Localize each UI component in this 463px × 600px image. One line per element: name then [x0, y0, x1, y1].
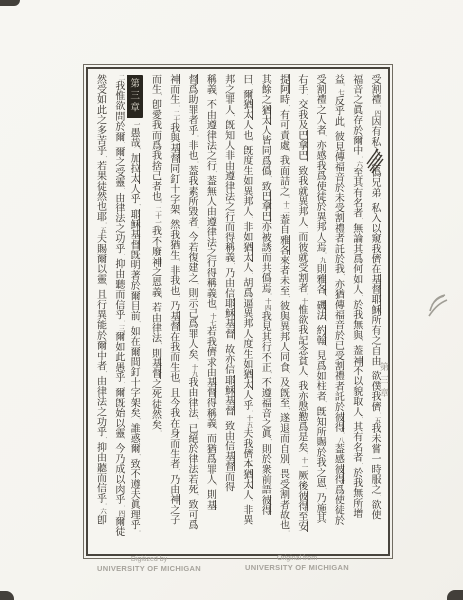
text-run: 其有名者 — [351, 422, 362, 463]
text-run: 乃 — [168, 301, 179, 311]
text-run: 彼見傳福音於未受割禮者託於我 — [332, 131, 343, 274]
proper-noun-run: 耶穌基督 — [223, 375, 235, 416]
text-run: 非異 — [241, 505, 252, 525]
proper-noun-run: 基督 — [204, 377, 216, 397]
text-run: 而得 — [223, 471, 234, 491]
punctuation-mark: 、 — [296, 227, 310, 232]
proper-noun-run: 基督 — [168, 143, 180, 163]
text-run: 致不遵夫眞理乎 — [128, 459, 139, 530]
ink-mark — [366, 146, 384, 174]
punctuation-mark: 、 — [277, 150, 291, 155]
punctuation-mark: 、 — [94, 437, 108, 442]
text-run: 卽愛我而爲我捨己者也 — [149, 99, 160, 201]
punctuation-mark: 、 — [167, 260, 181, 265]
text-run: 之恩義 — [149, 267, 160, 298]
punctuation-mark: 、 — [369, 495, 383, 500]
proper-noun-run: 耶穌基督 — [128, 209, 140, 250]
punctuation-mark: 、 — [113, 142, 127, 147]
proper-noun-run: 基 — [204, 500, 216, 510]
text-run: 且行異能於爾中者 — [95, 289, 106, 371]
punctuation-mark: 、 — [332, 126, 346, 131]
text-run: 福音之眞存於爾中 — [351, 74, 362, 156]
text-run: 至其有名者 — [351, 167, 362, 218]
proper-noun-run: 巴拿巴 — [259, 191, 271, 222]
text-run: 亦感我爲使徒於異邦人焉 — [314, 140, 325, 252]
text-run: 於我無所增 — [351, 468, 362, 519]
text-run: 曰 — [241, 74, 252, 84]
verse-number: 十九 — [184, 364, 200, 377]
text-run: 然我猶生 — [168, 219, 179, 260]
text-run: 之死徒然矣 — [149, 379, 160, 430]
text-run: 則 — [149, 348, 160, 358]
proper-noun-run: 耶穌基督 — [223, 298, 235, 339]
text-run: 惟欲我記念貧人 — [296, 305, 307, 376]
text-run: 我亦慇懃爲是矣 — [296, 381, 307, 452]
punctuation-mark: 、 — [222, 415, 236, 420]
text-run: 若我儕求由 — [204, 326, 215, 377]
text-column: 而生、卽愛我而爲我捨己者也。二十一我不廢神之恩義、若由律法、則基督之死徒然矣。 — [145, 74, 163, 548]
text-column: 提阿時、有可責處、我面詰之。十二葢自雅各來者未至、彼與異邦人同食、及旣至、遂退而… — [273, 74, 291, 548]
text-run: 而生 — [149, 74, 160, 94]
digitized-by-stamp: Digitized by UNIVERSITY OF MICHIGAN — [78, 556, 220, 573]
proper-noun-run: 提阿 — [278, 74, 290, 94]
text-run: 不遵福音之眞 — [259, 377, 270, 438]
text-column: 受割禮之人者、亦感我爲使徒於異邦人焉。九則雅各、磯法、約翰、見爲如柱者、旣知所賜… — [310, 74, 328, 548]
text-run: 故亦信 — [223, 344, 234, 375]
proper-noun-run: 安 — [296, 521, 308, 531]
verse-number: 七 — [331, 89, 347, 96]
punctuation-mark: 、 — [149, 94, 163, 99]
text-run: 由律法之功乎 — [95, 376, 106, 437]
text-run: 同釘十字架 — [168, 163, 179, 214]
text-run: 而生 — [168, 84, 179, 104]
scan-corner-smudge — [0, 591, 14, 600]
punctuation-mark: 、 — [167, 469, 181, 474]
text-columns: 受割禮。四因有私入之僞兄弟、私入以窺我儕在基督耶穌所有之自由、欲僕我儕。五我未嘗… — [90, 74, 383, 548]
text-run: 遂退而自別 — [278, 413, 289, 464]
text-run: 我見其行不正 — [259, 311, 270, 372]
punctuation-mark: 、 — [314, 345, 328, 350]
text-run: 乃由 — [168, 474, 179, 494]
proper-noun-run: 雅各 — [278, 235, 290, 255]
proper-noun-run: 猶太 — [241, 242, 253, 262]
text-run: 至 — [296, 511, 307, 521]
proper-noun-run: 彼得 — [332, 412, 344, 432]
punctuation-mark: 、 — [167, 296, 181, 301]
text-run: 之子 — [168, 505, 179, 525]
text-run: 今乃成以肉乎 — [113, 443, 124, 504]
text-column: 邦之罪人、旣知人非由遵律法之行而得稱義、乃由信耶穌基督、故亦信耶穌基督、致由信基… — [218, 74, 236, 548]
proper-noun-run: 彼得 — [259, 495, 271, 515]
punctuation-mark: 、 — [314, 488, 328, 493]
text-run: 亦猶傳福音於已受割禮者託於 — [332, 279, 343, 412]
text-run: 爾徒 — [113, 516, 124, 536]
text-run: 於我無與 — [351, 300, 362, 341]
punctuation-mark: 、 — [186, 227, 200, 232]
verse-number: 六 — [349, 161, 365, 168]
stamp-line: Digitized by — [78, 556, 220, 563]
proper-noun-run: 神 — [168, 74, 180, 84]
punctuation-mark: 、 — [128, 204, 145, 209]
margin-chapter-label: 第三章 — [378, 362, 391, 401]
punctuation-mark: 、 — [94, 156, 108, 161]
punctuation-mark: 、 — [128, 454, 145, 459]
text-run: 得稱義 — [204, 398, 215, 429]
punctuation-mark: 、 — [259, 176, 273, 181]
text-run: 非也 — [186, 140, 197, 160]
text-column: 第三章一愚哉、加拉太人乎、耶穌基督旣明著於爾目前、如在爾間釘十字架矣、誰惑爾、致… — [127, 74, 145, 548]
proper-noun-run: 督 — [186, 74, 198, 84]
text-run: 旣明著於爾目前 — [128, 250, 139, 321]
text-run: 如在爾間釘十字架矣 — [128, 326, 139, 418]
text-run: 欲使 — [369, 500, 380, 520]
proper-noun-run: 雅各 — [314, 274, 326, 294]
punctuation-mark: 、 — [350, 463, 364, 468]
text-run: 邦之罪人 — [223, 74, 234, 115]
ink-smudge — [427, 291, 449, 319]
text-run: 爾如此愚乎 — [113, 331, 124, 382]
punctuation-mark: 、 — [314, 135, 328, 140]
punctuation-mark: 、 — [241, 217, 255, 222]
text-run: 則示己爲罪人矣 — [186, 288, 197, 359]
chapter-heading-box: 第三章 — [127, 75, 143, 118]
punctuation-mark: 、 — [222, 115, 236, 120]
punctuation-mark: 、 — [277, 105, 291, 110]
text-column: 曰、爾猶太人也、旣度生如異邦人、非如猶太人、胡爲逼異邦人度生如猶太人乎。十五夫我… — [237, 74, 255, 548]
punctuation-mark: 、 — [204, 484, 218, 489]
verse-number: 十一 — [294, 457, 310, 470]
text-run: 若果徒然也耶 — [95, 161, 106, 222]
punctuation-mark: 、 — [277, 464, 291, 469]
text-column: 右手、交我及巴拿巴、致我就異邦人、而彼就受割者。十惟欲我記念貧人、我亦慇懃爲是矣… — [292, 74, 310, 548]
text-run: 旣知所賜於我之恩 — [314, 406, 325, 488]
text-run: 夫我儕本 — [241, 428, 252, 469]
text-run: 葢無人由遵律法之行得稱義也 — [204, 176, 215, 309]
text-run: 有可責處 — [278, 110, 289, 151]
text-run: 乃施其 — [314, 493, 325, 524]
punctuation-mark: 、 — [113, 382, 127, 387]
text-run: 爾之受靈 — [113, 147, 124, 188]
text-run: 則 — [314, 264, 325, 274]
text-column: 督爲助罪者乎。非也。葢我素所毀者、今若復建之、則示己爲罪人矣。十九我由律法、已絕… — [182, 74, 200, 548]
text-run: 來者未至 — [278, 255, 289, 296]
punctuation-mark: 、 — [113, 438, 127, 443]
text-run: 非我也 — [168, 265, 179, 296]
punctuation-mark: 、 — [350, 340, 364, 345]
punctuation-mark: 、 — [204, 428, 218, 433]
text-run: 爾 — [241, 89, 252, 99]
proper-noun-run: 約翰 — [314, 325, 326, 345]
punctuation-mark: 、 — [369, 198, 383, 203]
text-run: 致我就異邦人 — [296, 166, 307, 227]
proper-noun-run: 基督 — [223, 451, 235, 471]
verse-number: 八 — [331, 437, 347, 444]
text-run: 人 — [241, 262, 252, 272]
verse-number: 五 — [367, 417, 383, 424]
verse-number: 一 — [127, 121, 145, 128]
text-column: 益。七反乎此、彼見傳福音於未受割禮者託於我、亦猶傳福音於已受割禮者託於彼得。八葢… — [328, 74, 346, 548]
text-run: 及旣至 — [278, 377, 289, 408]
punctuation-mark: 、 — [277, 408, 291, 413]
punctuation-mark: 、 — [186, 418, 200, 423]
proper-noun-run: 基督 — [149, 358, 161, 378]
text-run: 旣知人非由遵律法之行而得稱義 — [223, 120, 234, 263]
text-run: 若由律法 — [149, 302, 160, 343]
original-from-stamp: Original from UNIVERSITY OF MICHIGAN — [226, 555, 368, 572]
text-run: 我面詰之 — [278, 155, 289, 196]
text-run: 非如 — [241, 222, 252, 242]
verse-number: 二十 — [166, 110, 182, 123]
text-run: 葢感 — [332, 444, 343, 464]
punctuation-mark: 、 — [314, 320, 328, 325]
text-run: 彼與異邦人同食 — [278, 301, 289, 372]
verse-number: 九 — [312, 257, 328, 264]
text-column: 然受如此之多苦乎、若果徒然也耶。五夫賜爾以靈、且行異能於爾中者、由律法之功乎、抑… — [90, 74, 108, 548]
punctuation-mark: 。 — [186, 135, 200, 140]
text-run: 在我而生也 — [168, 331, 179, 382]
proper-noun-run: 神 — [168, 494, 180, 504]
text-run: 爲使徒於 — [332, 484, 343, 525]
punctuation-mark: 、 — [113, 254, 127, 259]
punctuation-mark: 、 — [186, 283, 200, 288]
punctuation-mark: 、 — [241, 273, 255, 278]
verse-number: 十四 — [257, 298, 273, 311]
text-run: 卽 — [95, 515, 106, 525]
proper-noun-run: 猶太 — [241, 369, 253, 389]
punctuation-mark: 、 — [259, 439, 273, 444]
punctuation-mark: 、 — [241, 500, 255, 505]
text-column: 二我惟欲問於爾、爾之受靈、由律法之功乎、抑由聽而信乎。三爾如此愚乎、爾旣始以靈、… — [109, 74, 127, 548]
text-run: 旣度生如異邦人 — [241, 145, 252, 216]
proper-noun-run: 神 — [149, 257, 161, 267]
stamp-line: Original from — [226, 555, 368, 562]
text-run: 人乎 — [128, 184, 139, 204]
text-run: 爾旣始以靈 — [113, 387, 124, 438]
text-run: 不由遵律法之行 — [204, 99, 215, 170]
punctuation-mark: 、 — [128, 148, 145, 153]
text-run: 致 — [259, 181, 270, 191]
text-column: 其餘之猶太人皆同爲僞、致巴拿巴亦被誘而共僞焉。十四我見其行不正、不遵福音之眞、則… — [255, 74, 273, 548]
punctuation-mark: 、 — [296, 94, 310, 99]
text-run: 愚哉 — [128, 128, 139, 148]
verse-number: 五 — [93, 227, 109, 234]
proper-noun-run: 猶太 — [241, 99, 253, 119]
punctuation-mark: 、 — [296, 376, 310, 381]
text-run: 抑由聽而信乎 — [95, 442, 106, 503]
verse-number: 六 — [93, 508, 109, 515]
text-run: 則於衆前語 — [259, 444, 270, 495]
text-run: 無論其爲何如人 — [351, 223, 362, 294]
proper-noun-run: 加拉太 — [128, 153, 140, 184]
punctuation-mark: 。 — [277, 530, 291, 535]
text-column: 神而生。二十我與基督同釘十字架、然我猶生、非我也、乃基督在我而生也、且今我在身而… — [163, 74, 181, 548]
verse-number: 十七 — [203, 313, 219, 326]
text-run: 今若復建之 — [186, 232, 197, 283]
proper-noun-run: 彼得 — [296, 491, 308, 511]
punctuation-mark: 、 — [314, 295, 328, 300]
text-run: 我與 — [168, 123, 179, 143]
punctuation-mark: 、 — [186, 494, 200, 499]
stamp-line: UNIVERSITY OF MICHIGAN — [226, 563, 368, 572]
punctuation-mark: 、 — [296, 161, 310, 166]
text-run: 受割禮 — [369, 74, 380, 105]
proper-noun-run: 基督耶穌 — [369, 274, 381, 315]
punctuation-mark: 。 — [128, 530, 145, 535]
text-run: 而猶爲罪人 — [204, 433, 215, 484]
punctuation-mark: 、 — [332, 274, 346, 279]
text-run: 見爲如柱者 — [314, 350, 325, 401]
text-run: 人乎 — [241, 390, 252, 410]
punctuation-mark: 、 — [259, 372, 273, 377]
scan-corner-smudge — [0, 0, 20, 6]
text-run: 我不廢 — [149, 226, 160, 257]
text-run: 且今我在身而生者 — [168, 387, 179, 469]
proper-noun-run: 彼得 — [332, 464, 344, 484]
text-run: 畏受割者故也 — [278, 469, 289, 530]
punctuation-mark: 、 — [204, 94, 218, 99]
text-run: 夫賜爾以靈 — [95, 233, 106, 284]
verse-number: 三 — [111, 325, 127, 332]
text-run: 葢我素所毀者 — [186, 166, 197, 227]
text-column: 福音之眞存於爾中。六至其有名者、無論其爲何如人、於我無與、葢神不以貌取人、其有名… — [346, 74, 364, 548]
punctuation-mark: 、 — [128, 418, 145, 423]
text-run: 其餘之 — [259, 74, 270, 105]
text-run: 則 — [204, 489, 215, 499]
text-run: 稱義 — [204, 74, 215, 94]
text-run: 乃由信 — [223, 268, 234, 299]
text-run: 反乎此 — [332, 96, 343, 127]
text-run: 不以貌取人 — [351, 366, 362, 417]
punctuation-mark: 、 — [204, 171, 218, 176]
punctuation-mark: 、 — [350, 295, 364, 300]
text-run: 葢 — [351, 345, 362, 355]
proper-noun-run: 神 — [351, 356, 363, 366]
text-run: 益 — [332, 74, 343, 84]
verse-number: 十五 — [239, 415, 255, 428]
text-run: 受割禮之人者 — [314, 74, 325, 135]
scan-corner-smudge — [447, 590, 463, 600]
text-run: 然受如此之多苦乎 — [95, 74, 106, 156]
proper-noun-run: 猶太 — [259, 105, 271, 125]
text-run: 抑由聽而信乎 — [113, 259, 124, 320]
verse-number: 二十一 — [148, 206, 164, 226]
text-run: 亦被誘而共僞焉 — [259, 222, 270, 293]
text-run: 由律法之功乎 — [113, 193, 124, 254]
punctuation-mark: 、 — [149, 297, 163, 302]
text-run: 我惟欲問於爾 — [113, 81, 124, 142]
text-run: 人 — [241, 489, 252, 499]
verse-number: 四 — [367, 110, 383, 117]
proper-noun-run: 巴拿巴 — [296, 130, 308, 161]
verse-number: 十二 — [276, 201, 292, 214]
text-run: 所有之自由 — [369, 315, 380, 366]
punctuation-mark: 、 — [241, 84, 255, 89]
text-run: 我未嘗一時服之 — [369, 423, 380, 494]
verse-number: 十 — [294, 298, 310, 305]
text-run: 人也 — [241, 120, 252, 140]
punctuation-mark: 、 — [113, 188, 127, 193]
punctuation-mark: 。 — [149, 430, 163, 435]
punctuation-mark: 、 — [167, 382, 181, 387]
proper-noun-run: 猶太 — [241, 469, 253, 489]
punctuation-mark: 、 — [241, 140, 255, 145]
text-run: 右手 — [296, 74, 307, 94]
punctuation-mark: 、 — [167, 214, 181, 219]
proper-noun-run: 基督 — [168, 311, 180, 331]
punctuation-mark: 、 — [314, 401, 328, 406]
text-run: 而彼就受割者 — [296, 232, 307, 293]
punctuation-mark: 、 — [94, 284, 108, 289]
punctuation-mark: 、 — [350, 417, 364, 422]
text-run: 人皆同爲僞 — [259, 125, 270, 176]
punctuation-mark: 、 — [128, 321, 145, 326]
text-run: 致由信 — [223, 420, 234, 451]
text-run: 葢自 — [278, 214, 289, 234]
punctuation-mark: 、 — [222, 263, 236, 268]
text-run: 爲助罪者乎 — [186, 84, 197, 135]
text-run: 誰惑爾 — [128, 423, 139, 454]
punctuation-mark: 、 — [149, 343, 163, 348]
text-run: 致可爲 — [186, 499, 197, 530]
stamp-line: UNIVERSITY OF MICHIGAN — [78, 564, 220, 573]
proper-noun-run: 磯法 — [314, 300, 326, 320]
text-run: 我由律法 — [186, 377, 197, 418]
punctuation-mark: 、 — [350, 218, 364, 223]
text-run: 私入以窺我儕在 — [369, 203, 380, 274]
text-run: 胡爲逼異邦人度生如 — [241, 278, 252, 370]
punctuation-mark: 、 — [94, 371, 108, 376]
text-run: 已絕於律法若死 — [186, 423, 197, 494]
text-column: 稱義、不由遵律法之行、葢無人由遵律法之行得稱義也。十七若我儕求由基督得稱義、而猶… — [200, 74, 218, 548]
punctuation-mark: 、 — [277, 372, 291, 377]
punctuation-mark: 。 — [186, 161, 200, 166]
punctuation-mark: 、 — [222, 339, 236, 344]
punctuation-mark: 、 — [277, 296, 291, 301]
verse-number: 四 — [111, 510, 127, 517]
text-run: 交我及 — [296, 99, 307, 130]
verse-number: 二 — [111, 74, 127, 81]
text-run: 厥後 — [296, 470, 307, 490]
scanned-book-page: 受割禮。四因有私入之僞兄弟、私入以窺我儕在基督耶穌所有之自由、欲僕我儕。五我未嘗… — [0, 0, 463, 600]
text-run: 時 — [278, 94, 289, 104]
